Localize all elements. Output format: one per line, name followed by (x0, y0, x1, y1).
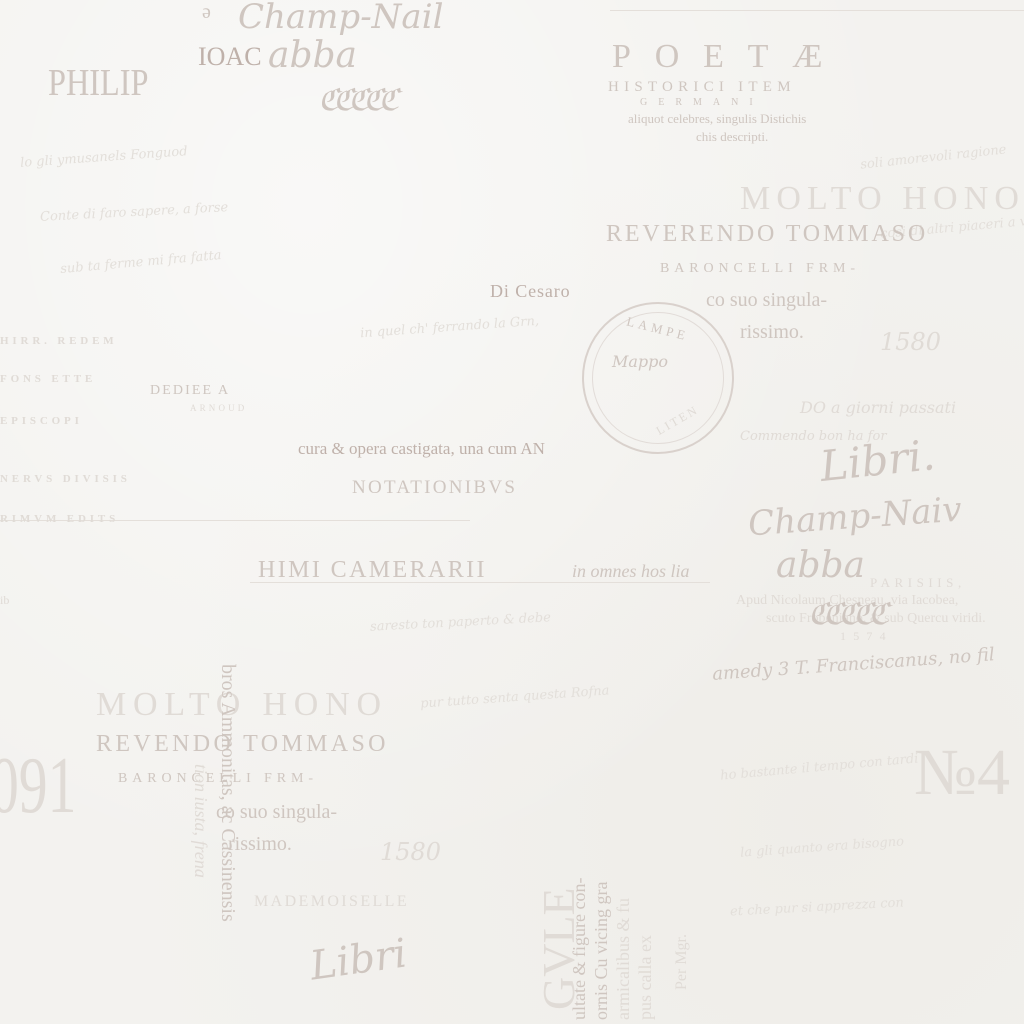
vertical-text: bros Ammonitas, ac Cassinensis (218, 664, 238, 922)
text-left-line: ib (0, 594, 9, 606)
text-molto-top-line1: MOLTO HONO (740, 182, 1024, 216)
text-camerarii: HIMI CAMERARII (258, 558, 487, 582)
text-year-1574: 1574 (840, 630, 893, 642)
text-left-line: ARNOUD (190, 404, 247, 413)
text-poetae-line3: aliquot celebres, singulis Distichis (628, 112, 806, 125)
text-number-no4: №4 (914, 740, 1010, 806)
text-molto-top-line5: rissimo. (740, 322, 804, 342)
script-abba-right: abba (776, 548, 865, 584)
text-year-bottom: 1580 (380, 840, 441, 864)
text-molto-top-line4: co suo singula- (706, 290, 827, 310)
text-left-line: EPISCOPI (0, 416, 83, 427)
stamp-center-text: Mappo (612, 354, 668, 370)
script-flourish-right: ℭℭℭℭℭ (808, 600, 883, 630)
text-left-line: DEDIEE A (150, 384, 230, 398)
text-molto-bottom: MOLTO HONO (96, 688, 388, 722)
vertical-text: ultate & figure con- (570, 878, 588, 1020)
text-molto-top-line2: REVERENDO TOMMASO (606, 222, 928, 246)
text-poetae-line4: chis descripti. (696, 130, 768, 143)
text-left-line: NERVS DIVISIS (0, 474, 131, 485)
text-poetae-line1: HISTORICI ITEM (608, 80, 796, 95)
text-left-line: FONS ETTE (0, 374, 96, 385)
text-parisiis: PARISIIS, (870, 576, 966, 589)
text-philip: PHILIP (48, 64, 148, 102)
text-agiorni: DO a giorni passati (800, 400, 956, 416)
text-fragment: ǝ (202, 2, 211, 22)
script-abba: abba (268, 38, 357, 74)
script-flourish: ℭℭℭℭℭ (318, 86, 393, 116)
vertical-text: armicalibus & fu (614, 898, 632, 1020)
text-cesaro: Di Cesaro (490, 282, 571, 300)
text-omnes: in omnes hos lia (572, 562, 690, 580)
divider-line (610, 10, 1024, 11)
vertical-text: pus calla ex (636, 935, 654, 1020)
vertical-text: Per Mgr. (674, 934, 690, 990)
text-poetae-line2: GERMANI (640, 98, 764, 108)
text-number-091: 091 (0, 746, 76, 826)
text-notationibus: NOTATIONIBVS (352, 478, 517, 497)
postmark-stamp: LAMPE Mappo LITEN (582, 302, 734, 454)
text-tommaso-bottom: REVENDO TOMMASO (96, 732, 389, 756)
script-champ: Champ-Nail (238, 0, 443, 34)
script-libri: Libri. (818, 434, 937, 488)
vertical-text: tion iusta, frena (192, 764, 210, 878)
text-molto-top-line3: BARONCELLI FRM- (660, 262, 860, 276)
text-ioac: IOAC (198, 44, 262, 70)
text-left-line: RIMVM EDITS (0, 514, 119, 525)
text-left-line: HIRR. REDEM (0, 336, 118, 347)
text-year-right: 1580 (880, 330, 941, 354)
vertical-text: ornis Cu vicing gra (592, 882, 610, 1020)
text-cura: cura & opera castigata, una cum AN (298, 440, 545, 457)
text-poetae-title: POETÆ (612, 40, 846, 74)
text-mademoiselle: MADEMOISELLE (254, 894, 409, 910)
